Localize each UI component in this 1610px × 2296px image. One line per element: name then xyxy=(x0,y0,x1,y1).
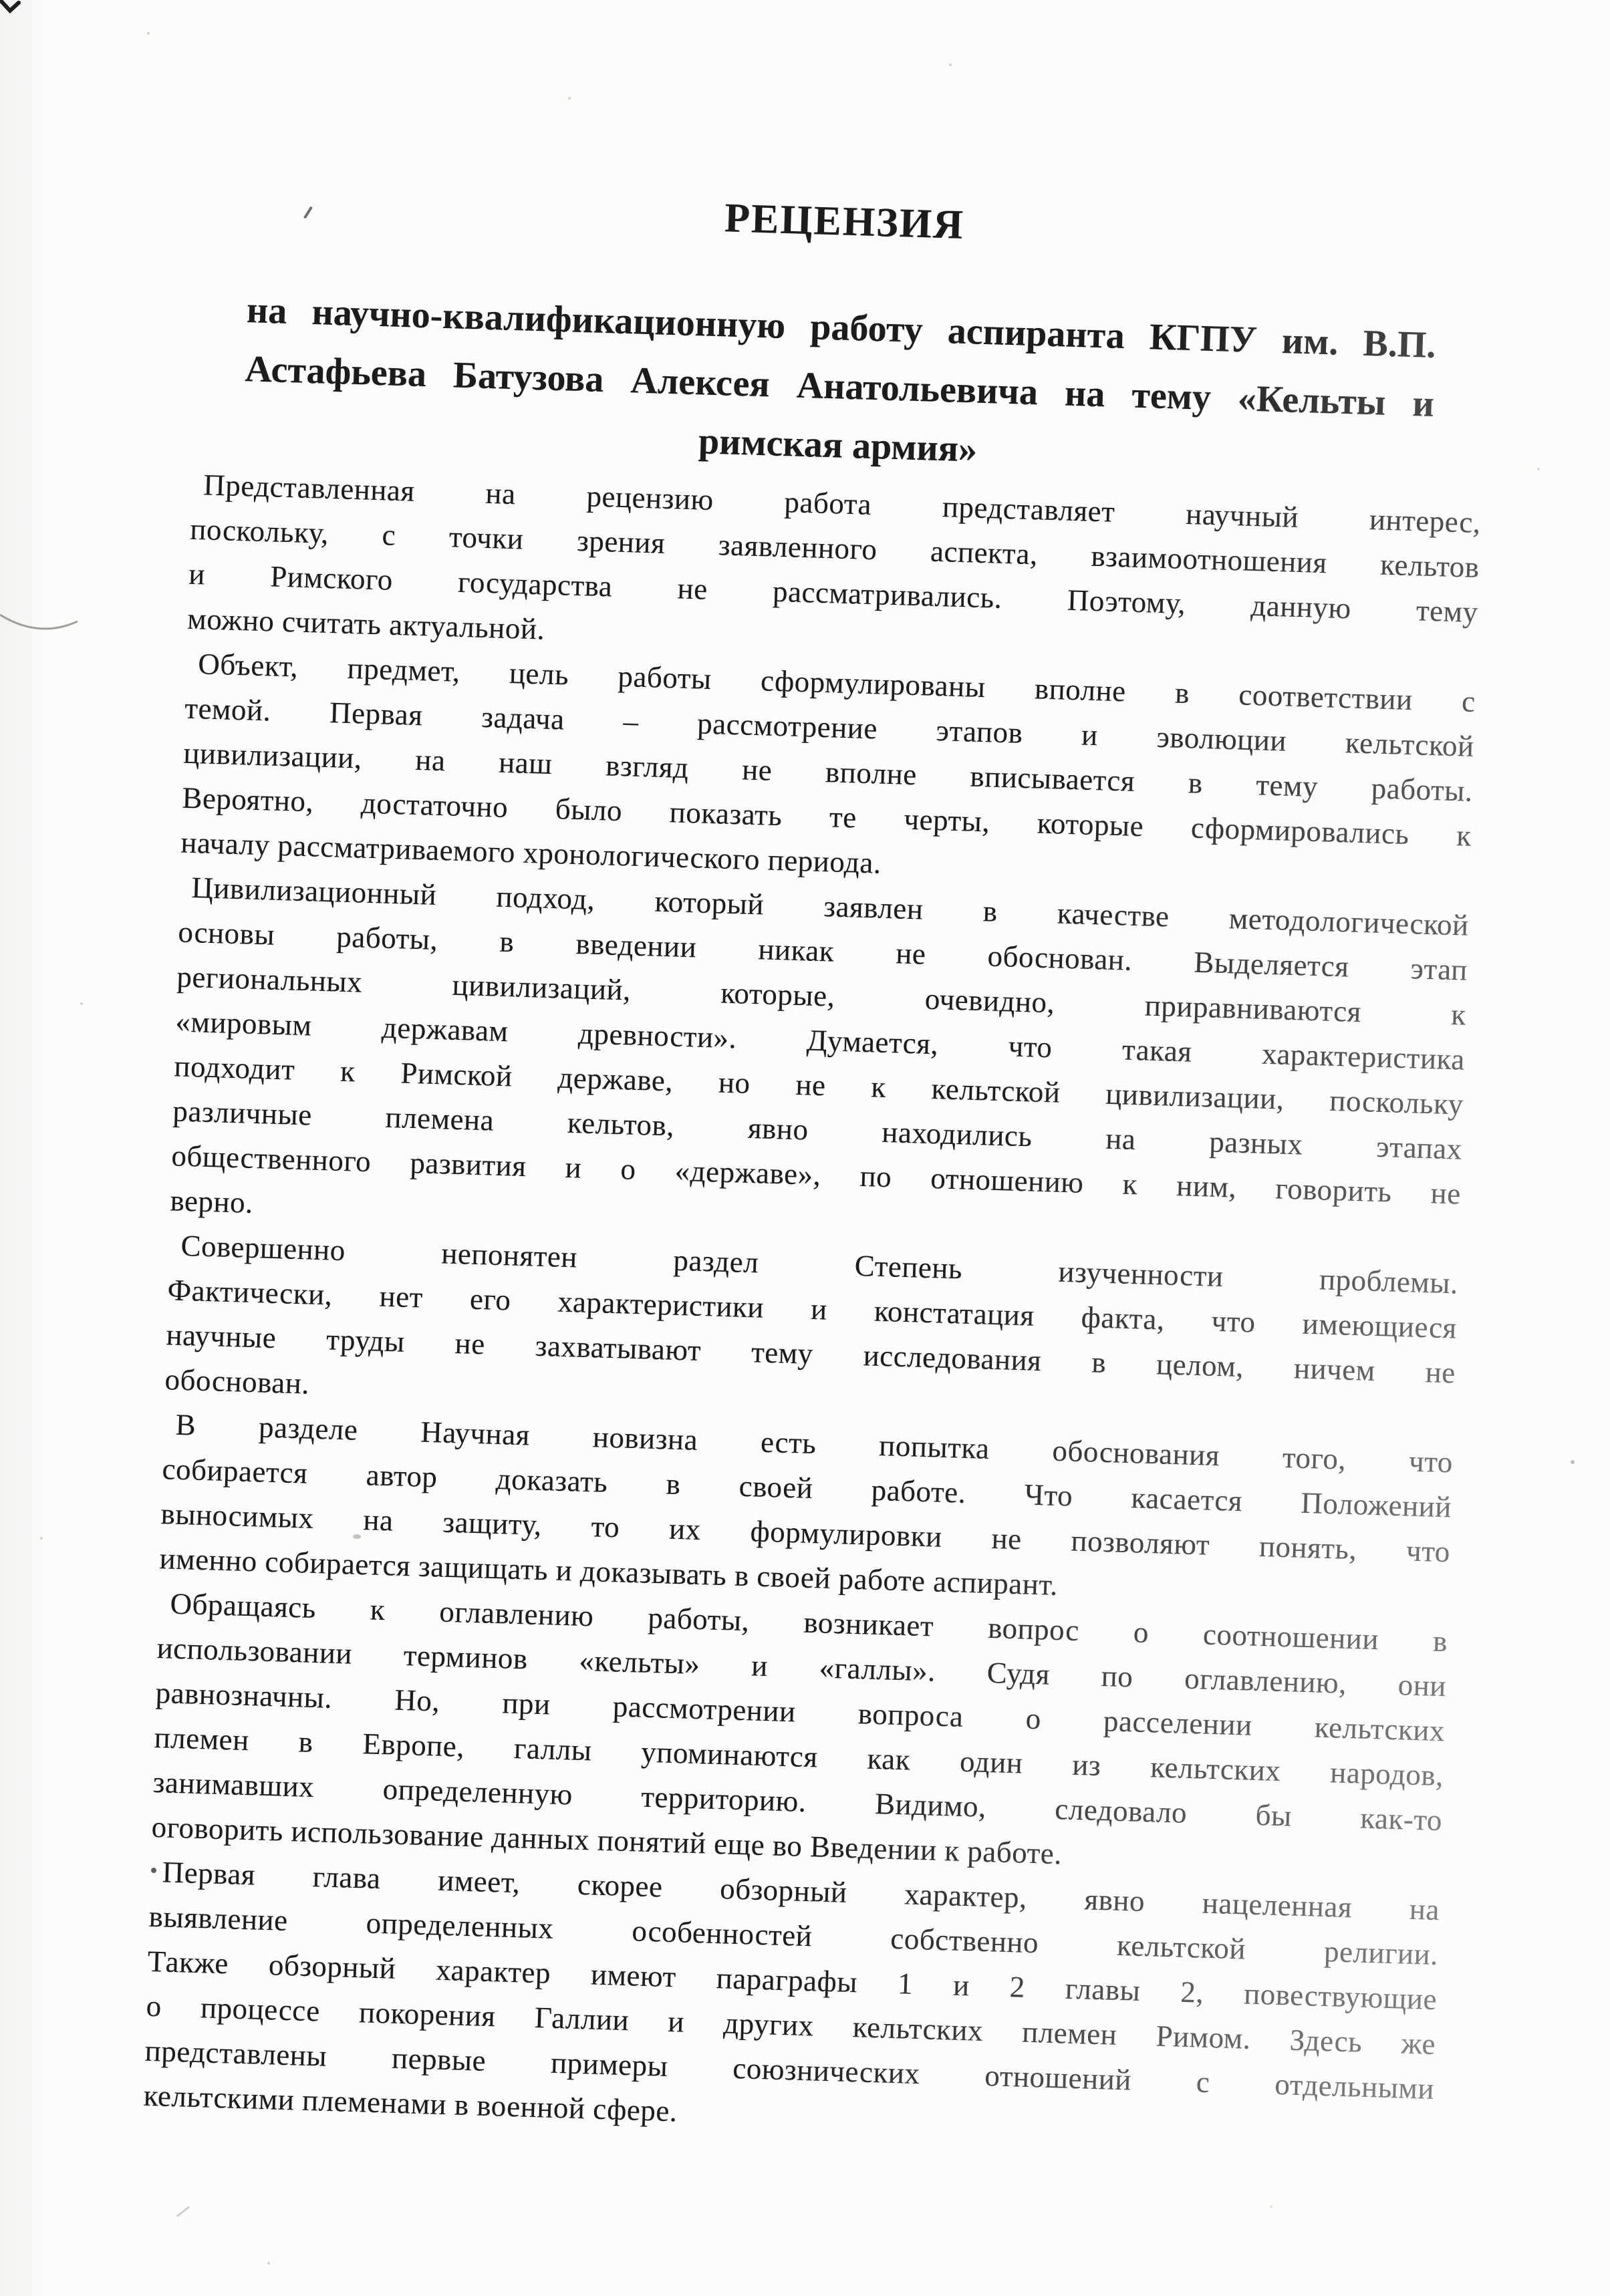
paragraph: Обращаясь к оглавлению работы, возникает… xyxy=(151,1581,1448,1888)
document-subtitle: на научно-квалификационную работу аспира… xyxy=(243,281,1437,492)
document-body: Представленная на рецензию работа предст… xyxy=(143,462,1482,2156)
corner-scan-artifact xyxy=(0,0,27,20)
dust-speck xyxy=(568,97,571,100)
scan-edge-shading xyxy=(0,0,53,2296)
paragraph: Объект, предмет, цель работы сформулиров… xyxy=(180,641,1476,903)
dust-speck xyxy=(949,63,952,66)
document-content: РЕЦЕНЗИЯ на научно-квалификационную рабо… xyxy=(143,179,1490,2156)
dust-speck xyxy=(1270,2205,1272,2208)
dust-speck xyxy=(40,1537,43,1540)
dust-speck xyxy=(80,1002,83,1005)
scratch-artifact xyxy=(176,2206,190,2217)
document-title: РЕЦЕНЗИЯ xyxy=(199,179,1490,264)
dust-speck xyxy=(147,32,150,35)
scanned-review-page: РЕЦЕНЗИЯ на научно-квалификационную рабо… xyxy=(0,0,1610,2296)
stray-dot-artifact xyxy=(1571,1460,1575,1464)
paragraph: Первая глава имеет, скорее обзорный хара… xyxy=(143,1850,1440,2156)
paragraph: Цивилизационный подход, который заявлен … xyxy=(170,865,1470,1262)
dust-speck xyxy=(1537,468,1540,470)
dust-speck xyxy=(267,2262,270,2265)
pen-arc-artifact xyxy=(0,599,87,645)
